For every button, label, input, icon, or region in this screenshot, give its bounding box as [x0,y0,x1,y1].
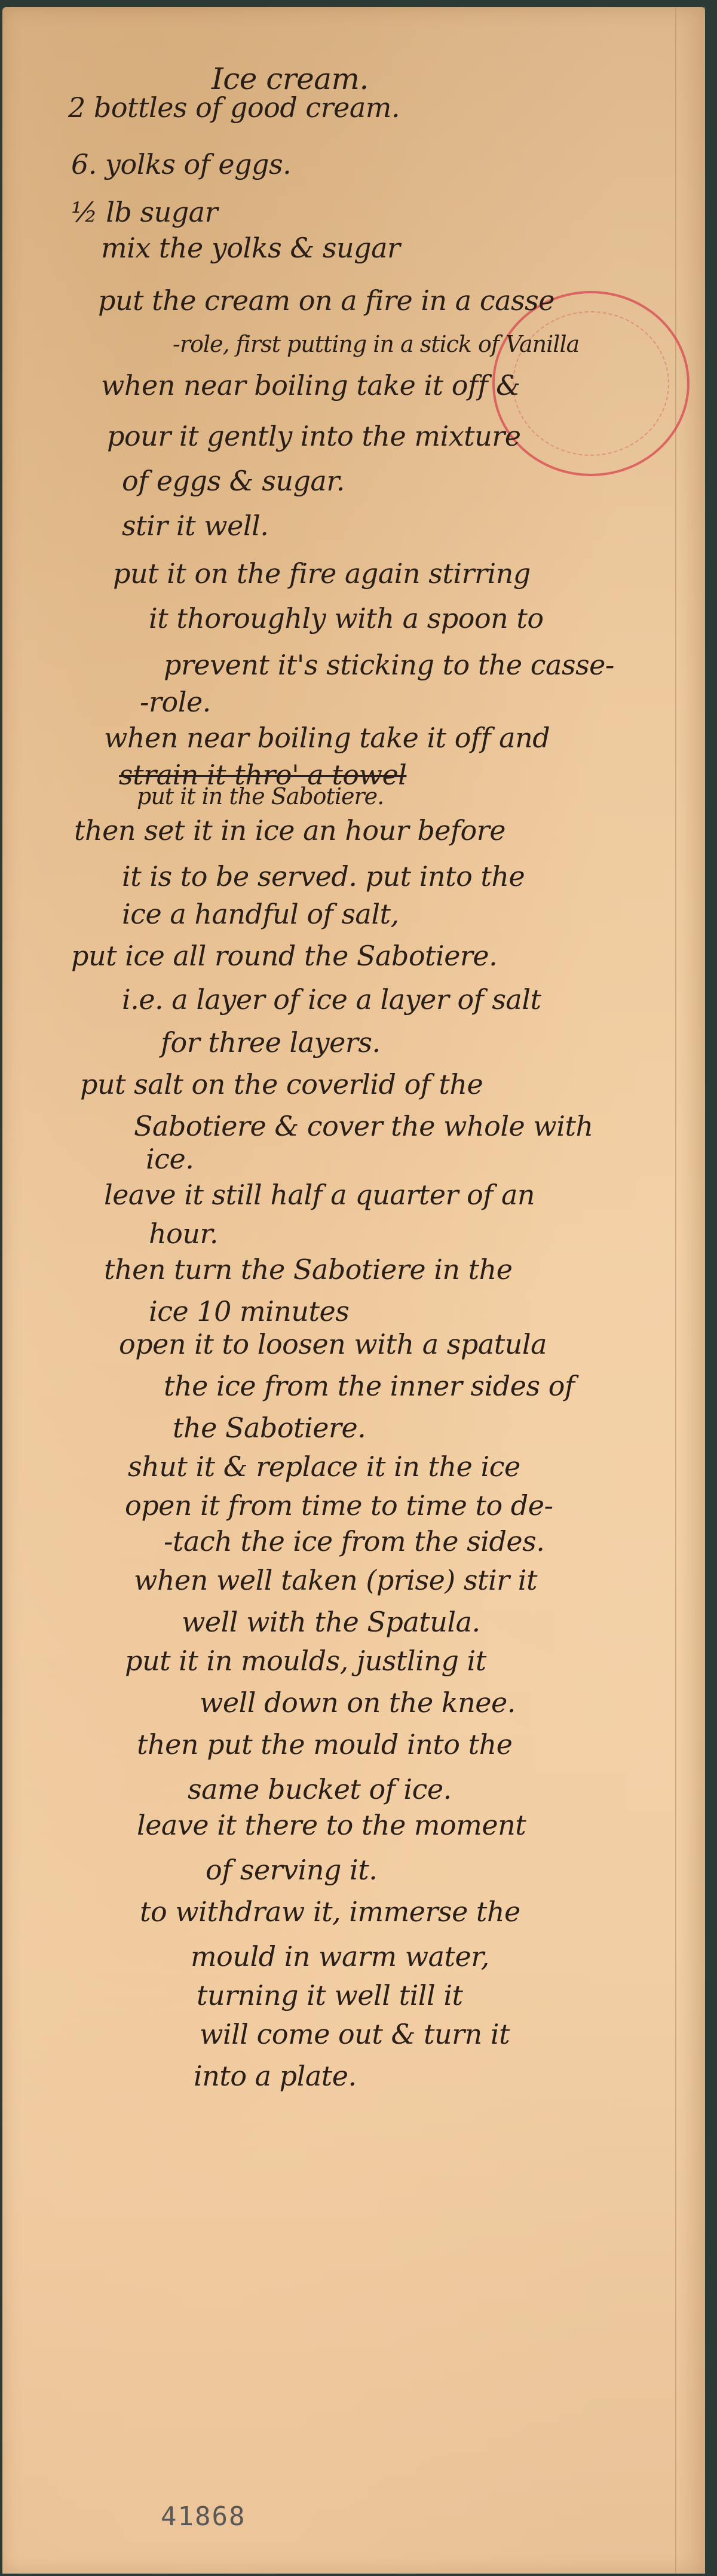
text-line: prevent it's sticking to the casse- [164,651,614,679]
text-line: well down on the knee. [200,1689,516,1716]
text-line: put it in moulds, justling it [125,1647,486,1675]
text-line: ice a handful of salt, [122,900,399,928]
text-line: the Sabotiere. [173,1414,366,1442]
library-stamp-icon [492,291,690,476]
text-line: then turn the Sabotiere in the [104,1256,513,1283]
text-line: of serving it. [206,1856,377,1884]
text-line: will come out & turn it [200,2020,510,2048]
text-line: pour it gently into the mixture [107,422,521,450]
text-line: i.e. a layer of ice a layer of salt [122,986,541,1013]
text-line: leave it still half a quarter of an [104,1181,535,1209]
text-line: same bucket of ice. [188,1775,452,1803]
text-line: -role. [140,688,211,716]
text-line: into a plate. [194,2062,357,2090]
text-line: -tach the ice from the sides. [164,1528,544,1555]
text-line: the ice from the inner sides of [164,1372,574,1400]
text-line: mix the yolks & sugar [101,234,400,262]
text-line: of eggs & sugar. [122,467,345,495]
text-line: well with the Spatula. [182,1608,480,1636]
text-line: put ice all round the Sabotiere. [71,942,497,970]
text-line: mould in warm water, [191,1943,489,1970]
text-line: leave it there to the moment [137,1811,526,1839]
text-line: 2 bottles of good cream. [68,94,400,121]
text-line: put it in the Sabotiere. [137,785,384,808]
manuscript-page: Ice cream. 2 bottles of good cream. 6. y… [2,7,705,2574]
text-line: put the cream on a fire in a casse [98,287,554,314]
text-line: open it from time to time to de- [125,1492,553,1519]
text-line: ice 10 minutes [149,1298,349,1325]
text-line: hour. [149,1220,218,1247]
text-line: -role, first putting in a stick of Vanil… [173,333,579,355]
text-line: then set it in ice an hour before [74,817,505,844]
text-line: put it on the fire again stirring [113,560,531,587]
text-line: ice. [146,1145,194,1173]
text-line: then put the mould into the [137,1731,512,1758]
text-line: shut it & replace it in the ice [128,1453,520,1480]
text-line: turning it well till it [197,1982,463,2009]
text-line: open it to loosen with a spatula [119,1330,547,1358]
text-line: Sabotiere & cover the whole with [134,1112,593,1140]
text-line: 6. yolks of eggs. [71,151,291,178]
text-line: it is to be served. put into the [122,863,525,890]
text-line: it thoroughly with a spoon to [149,605,544,632]
text-line: to withdraw it, immerse the [140,1898,520,1925]
text-line: for three layers. [161,1029,381,1056]
text-line: put salt on the coverlid of the [80,1071,483,1098]
text-line: when near boiling take it off and [104,724,550,752]
text-line: stir it well. [122,512,268,539]
text-line: when near boiling take it off & [101,372,520,399]
text-line: when well taken (prise) stir it [134,1566,537,1594]
text-line: ½ lb sugar [71,198,217,226]
catalog-number: 41868 [161,2501,246,2532]
recipe-title: Ice cream. [212,64,369,94]
